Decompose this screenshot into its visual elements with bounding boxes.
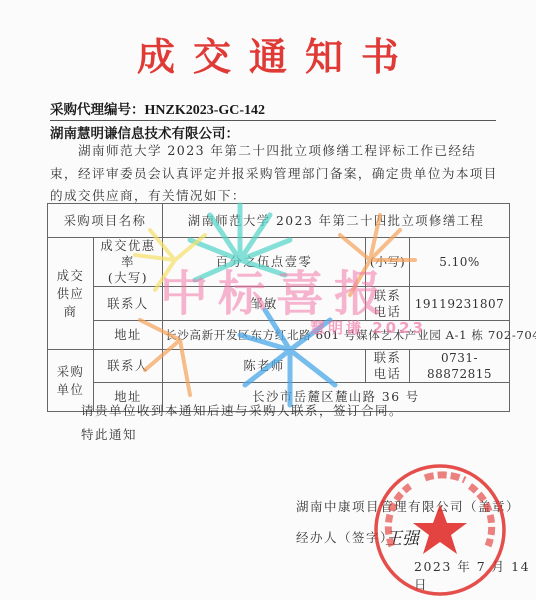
supplier-address-label: 地址 (94, 321, 163, 350)
purchaser-phone-label-line2: 电话 (368, 366, 407, 382)
purchaser-group-label-text: 采购单位 (56, 363, 86, 399)
supplier-group-label-text: 成交供应商 (56, 267, 86, 321)
supplier-group-label: 成交供应商 (48, 238, 94, 350)
contract-instruction: 请贵单位收到本通知后速与采购人联系，签订合同。 (81, 401, 403, 419)
supplier-phone-label-line1: 联系 (368, 288, 407, 304)
award-details-table: 采购项目名称 湖南师范大学 2023 年第二十四批立项修缮工程 成交供应商 成交… (47, 203, 510, 412)
purchaser-contact-label: 联系人 (94, 350, 163, 383)
purchaser-phone-value: 0731-88872815 (410, 350, 510, 383)
supplier-contact-value: 邹敏 (163, 287, 366, 321)
purchaser-phone-label: 联系 电话 (366, 350, 410, 383)
lowercase-label: (小写) (366, 238, 410, 287)
supplier-contact-label: 联系人 (94, 287, 163, 321)
table-row-discount: 成交供应商 成交优惠率 (大写) 百分之伍点壹零 (小写) 5.10% (48, 238, 510, 287)
supplier-address-value: 长沙高新开发区东方红北路 601 号媒体艺术产业园 A-1 栋 702-704 (163, 321, 510, 350)
table-row-supplier-contact: 联系人 邹敏 联系 电话 19119231807 (48, 287, 510, 321)
document-title: 成交通知书 (0, 26, 536, 81)
table-row-purchaser-contact: 采购单位 联系人 陈老师 联系 电话 0731-88872815 (48, 350, 510, 383)
discount-label-line1: 成交优惠率 (96, 238, 160, 270)
discount-lowercase-value: 5.10% (410, 238, 510, 287)
purchaser-phone-label-line1: 联系 (368, 350, 407, 366)
notice-closing: 特此通知 (81, 425, 137, 443)
discount-uppercase-value: 百分之伍点壹零 (163, 238, 366, 287)
official-seal-icon (370, 460, 510, 600)
supplier-phone-value: 19119231807 (410, 287, 510, 321)
procurement-code: HNZK2023-GC-142 (145, 103, 266, 118)
table-row-supplier-address: 地址 长沙高新开发区东方红北路 601 号媒体艺术产业园 A-1 栋 702-7… (48, 321, 510, 350)
addressee: 湖南慧明谦信息技术有限公司： (50, 122, 239, 142)
supplier-phone-label-line2: 电话 (368, 304, 407, 320)
table-row-project-name: 采购项目名称 湖南师范大学 2023 年第二十四批立项修缮工程 (48, 204, 510, 238)
intro-paragraph: 湖南师范大学 2023 年第二十四批立项修缮工程评标工作已经结束，经评审委员会认… (50, 140, 500, 208)
purchaser-contact-value: 陈老师 (163, 350, 366, 383)
project-name-label: 采购项目名称 (48, 204, 163, 238)
procurement-code-label: 采购代理编号： (50, 102, 145, 118)
procurement-code-line: 采购代理编号：HNZK2023-GC-142 (50, 98, 496, 121)
discount-label-line2: (大写) (96, 270, 160, 286)
discount-label: 成交优惠率 (大写) (94, 238, 163, 287)
supplier-phone-label: 联系 电话 (366, 287, 410, 321)
seal-star-icon (413, 504, 467, 554)
project-name-value: 湖南师范大学 2023 年第二十四批立项修缮工程 (163, 204, 510, 238)
